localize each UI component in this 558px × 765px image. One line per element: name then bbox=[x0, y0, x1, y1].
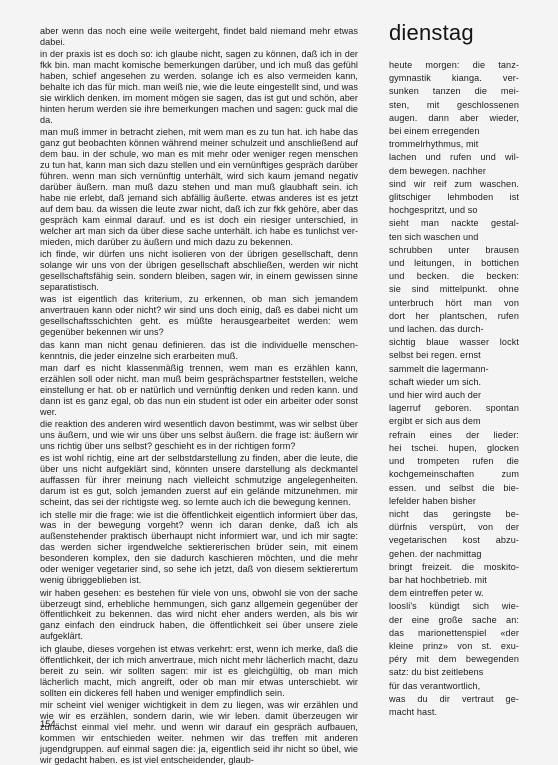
paragraph: das kann man nicht genau definieren. das… bbox=[40, 340, 358, 362]
sidebar-line: ergibt er sich aus dem bbox=[389, 415, 519, 428]
paragraph: mir scheint viel weniger wichtigkeit in … bbox=[40, 700, 358, 765]
sidebar-line: bar hat hochbetrieb. mit bbox=[389, 574, 519, 587]
sidebar-column: dienstag heute morgen: die tanz- gymnast… bbox=[389, 20, 519, 719]
sidebar-line: satz: du bist zeitlebens bbox=[389, 666, 519, 679]
sidebar-line: für das verantwortlich, bbox=[389, 680, 519, 693]
sidebar-line: péry mit dem bewegenden bbox=[389, 653, 519, 666]
sidebar-line: schrubben unter brausen bbox=[389, 244, 519, 257]
paragraph: aber wenn das noch eine weile weitergeht… bbox=[40, 26, 358, 48]
sidebar-line: sie sind mittelpunkt. ohne bbox=[389, 283, 519, 296]
sidebar-line: und hier wird auch der bbox=[389, 389, 519, 402]
sidebar-line: sunken tanzen die mei- bbox=[389, 85, 519, 98]
sidebar-line: macht hast. bbox=[389, 706, 519, 719]
sidebar-line: gymnastik kianga. ver- bbox=[389, 72, 519, 85]
sidebar-line: gehen. der nachmittag bbox=[389, 548, 519, 561]
sidebar-line: dort her plantschen, rufen bbox=[389, 310, 519, 323]
sidebar-line: der eine große sache an: bbox=[389, 614, 519, 627]
paragraph: es ist wohl richtig, eine art der selbst… bbox=[40, 453, 358, 508]
sidebar-line: hochgespritzt, und so bbox=[389, 204, 519, 217]
sidebar-line: lefelder haben bisher bbox=[389, 495, 519, 508]
sidebar-line: refrain eines der lieder: bbox=[389, 429, 519, 442]
sidebar-line: dem bewegen. nachher bbox=[389, 165, 519, 178]
sidebar-line: lachen und rufen und wil- bbox=[389, 151, 519, 164]
sidebar-title: dienstag bbox=[389, 20, 519, 46]
sidebar-line: hei tschei. hupen, glocken bbox=[389, 442, 519, 455]
sidebar-line: und trompeten rufen die bbox=[389, 455, 519, 468]
paragraph: wir haben gesehen: es bestehen für viele… bbox=[40, 588, 358, 643]
paragraph: die reaktion des anderen wird wesentlich… bbox=[40, 419, 358, 452]
sidebar-line: ten sich waschen und bbox=[389, 231, 519, 244]
paragraph: was ist eigentlich das kriterium, zu erk… bbox=[40, 294, 358, 338]
paragraph: ich finde, wir dürfen uns nicht isoliere… bbox=[40, 249, 358, 293]
page-number: 154 bbox=[40, 718, 56, 729]
sidebar-line: lagerruf geboren. spontan bbox=[389, 402, 519, 415]
sidebar-line: was du dir vertraut ge- bbox=[389, 693, 519, 706]
sidebar-line: und lachen. das durch- bbox=[389, 323, 519, 336]
sidebar-line: sammelt die lagermann- bbox=[389, 363, 519, 376]
sidebar-line: das marionettenspiel «der bbox=[389, 627, 519, 640]
sidebar-line: sten, mit geschlossenen bbox=[389, 99, 519, 112]
sidebar-line: kochgemeinschaften zum bbox=[389, 468, 519, 481]
sidebar-line: nicht das geringste be- bbox=[389, 508, 519, 521]
sidebar-line: vegetarischen kost abzu- bbox=[389, 534, 519, 547]
sidebar-line: heute morgen: die tanz- bbox=[389, 59, 519, 72]
paragraph: ich glaube, dieses vorgehen ist etwas ve… bbox=[40, 644, 358, 699]
sidebar-line: bringt freizeit. die moskito- bbox=[389, 561, 519, 574]
sidebar-line: bei einem erregenden bbox=[389, 125, 519, 138]
sidebar-line: loosli's kündigt sich wie- bbox=[389, 600, 519, 613]
sidebar-line: sichtig blaue wasser lockt bbox=[389, 336, 519, 349]
sidebar-line: kleine prinz» von st. exu- bbox=[389, 640, 519, 653]
paragraph: man darf es nicht klassenmäßig trennen, … bbox=[40, 363, 358, 418]
sidebar-line: trommelrhythmus, mit bbox=[389, 138, 519, 151]
sidebar-line: und becken. die becken: bbox=[389, 270, 519, 283]
sidebar-line: sind wir reif zum waschen. bbox=[389, 178, 519, 191]
sidebar-line: und leitungen, in bottichen bbox=[389, 257, 519, 270]
sidebar-line: augen. dann aber wieder, bbox=[389, 112, 519, 125]
sidebar-line: sieht man nackte gestal- bbox=[389, 217, 519, 230]
sidebar-text: heute morgen: die tanz- gymnastik kianga… bbox=[389, 59, 519, 719]
main-text-column: aber wenn das noch eine weile weitergeht… bbox=[40, 26, 358, 765]
paragraph: in der praxis ist es doch so: ich glaube… bbox=[40, 49, 358, 126]
sidebar-line: unterbruch hört man von bbox=[389, 297, 519, 310]
sidebar-line: dem eintreffen peter w. bbox=[389, 587, 519, 600]
book-page: aber wenn das noch eine weile weitergeht… bbox=[0, 0, 558, 765]
sidebar-line: essen. und selbst die bie- bbox=[389, 482, 519, 495]
sidebar-line: dürfnis verspürt, von der bbox=[389, 521, 519, 534]
sidebar-line: schaft wieder um sich. bbox=[389, 376, 519, 389]
paragraph: man muß immer in betracht ziehen, mit we… bbox=[40, 127, 358, 247]
sidebar-line: selbst bei regen. ernst bbox=[389, 349, 519, 362]
paragraph: ich stelle mir die frage: wie ist die öf… bbox=[40, 510, 358, 587]
sidebar-line: glitschiger lehmboden ist bbox=[389, 191, 519, 204]
